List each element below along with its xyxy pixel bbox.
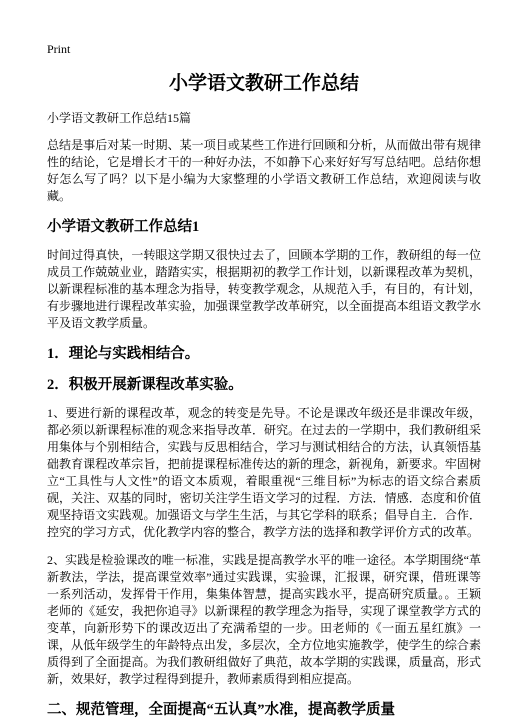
point-heading-theory-practice: 1．理论与实践相结合。	[47, 345, 481, 363]
page-title: 小学语文教研工作总结	[47, 72, 481, 96]
section-heading-summary-1: 小学语文教研工作总结1	[47, 218, 481, 236]
point-heading-curriculum-reform: 2．积极开展新课程改革实验。	[47, 376, 481, 394]
practice-paragraph-2: 2、实践是检验课改的唯一标准，实践是提高教学水平的唯一途径。本学期围绕“革新教法…	[47, 552, 481, 688]
document-page: Print 小学语文教研工作总结 小学语文教研工作总结15篇 总结是事后对某一时…	[0, 0, 520, 718]
section-heading-management: 二、规范管理，全面提高“五认真”水准，提高教学质量	[47, 701, 481, 718]
intro-paragraph: 总结是事后对某一时期、某一项目或某些工作进行回顾和分析，从而做出带有规律性的结论…	[47, 137, 481, 205]
section1-paragraph: 时间过得真快，一转眼这学期又很快过去了，回顾本学期的工作，教研组的每一位成员工作…	[47, 247, 481, 332]
practice-paragraph-1: 1、要进行新的课程改革，观念的转变是先导。不论是课改年级还是非课改年级，都必须以…	[47, 405, 481, 541]
document-subtitle: 小学语文教研工作总结15篇	[47, 110, 481, 126]
print-button[interactable]: Print	[47, 42, 70, 56]
